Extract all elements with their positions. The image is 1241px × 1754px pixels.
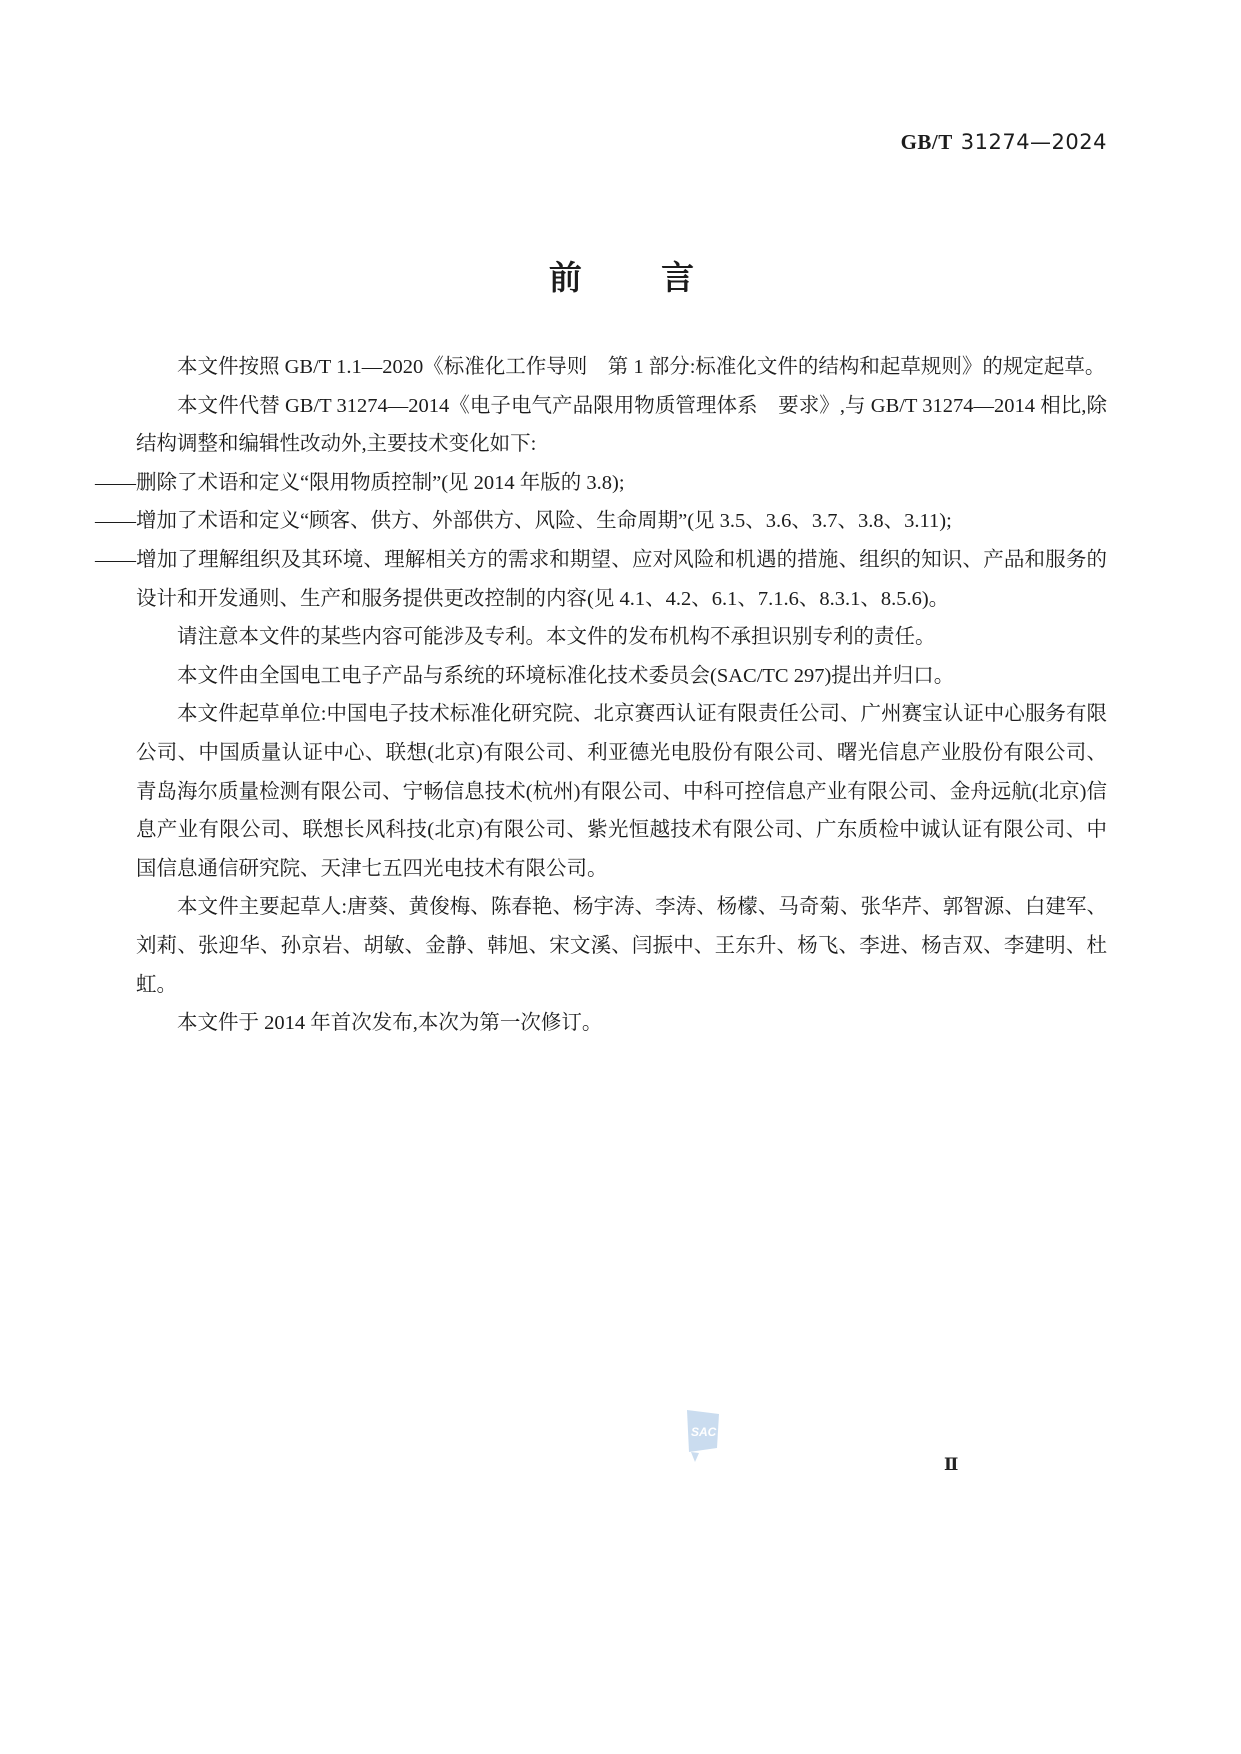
foreword-paragraph: 本文件起草单位:中国电子技术标准化研究院、北京赛西认证有限责任公司、广州赛宝认证… xyxy=(136,695,1107,888)
foreword-paragraph: 本文件按照 GB/T 1.1—2020《标准化工作导则 第 1 部分:标准化文件… xyxy=(136,348,1107,387)
foreword-paragraph: 本文件代替 GB/T 31274—2014《电子电气产品限用物质管理体系 要求》… xyxy=(136,387,1107,464)
sac-watermark-icon: SAC xyxy=(683,1408,723,1464)
foreword-paragraph: 本文件主要起草人:唐葵、黄俊梅、陈春艳、杨宇涛、李涛、杨檬、马奇菊、张华芹、郭智… xyxy=(136,888,1107,1004)
document-code-prefix: GB/T xyxy=(901,130,953,154)
change-list-item: ——删除了术语和定义“限用物质控制”(见 2014 年版的 3.8); xyxy=(136,464,1107,503)
svg-text:SAC: SAC xyxy=(691,1425,717,1439)
change-list-item: ——增加了术语和定义“顾客、供方、外部供方、风险、生命周期”(见 3.5、3.6… xyxy=(136,502,1107,541)
page-title: 前言 xyxy=(136,252,1107,299)
foreword-paragraph: 请注意本文件的某些内容可能涉及专利。本文件的发布机构不承担识别专利的责任。 xyxy=(136,618,1107,657)
foreword-paragraph: 本文件于 2014 年首次发布,本次为第一次修订。 xyxy=(136,1004,1107,1043)
page-number: Ⅱ xyxy=(944,1455,958,1475)
document-code: GB/T31274—2024 xyxy=(136,130,1107,155)
standard-foreword-page: GB/T31274—2024 前言 本文件按照 GB/T 1.1—2020《标准… xyxy=(0,0,1241,1754)
document-code-number: 31274—2024 xyxy=(961,130,1107,154)
foreword-paragraph: 本文件由全国电工电子产品与系统的环境标准化技术委员会(SAC/TC 297)提出… xyxy=(136,657,1107,696)
change-list-item: ——增加了理解组织及其环境、理解相关方的需求和期望、应对风险和机遇的措施、组织的… xyxy=(136,541,1107,618)
foreword-body: 本文件按照 GB/T 1.1—2020《标准化工作导则 第 1 部分:标准化文件… xyxy=(136,348,1107,1043)
